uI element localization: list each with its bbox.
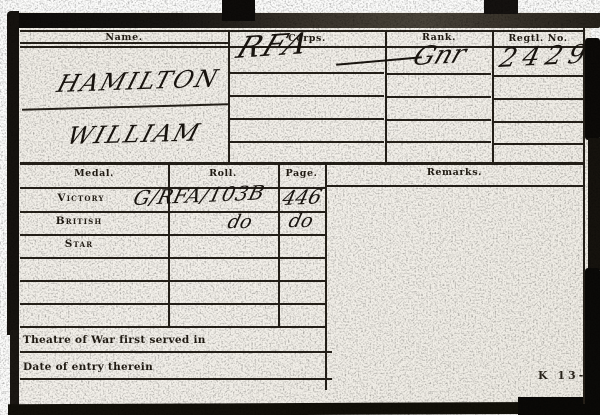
handwritten-corps: RFA [232,29,314,64]
handwritten-surname: HAMILTON [55,66,223,96]
rule-corps-row [229,118,384,120]
handwritten-roll-victory: G/RFA/103B [132,182,267,208]
medal-row-star-label: Star [14,239,144,251]
scan-edge-left [7,11,19,335]
scan-edge-right-lower [585,268,600,400]
rule-regtl-row [493,121,583,123]
scan-edge-top [12,13,600,28]
page-column-header: Page. [278,169,325,179]
rule-corps-row [229,95,384,97]
handwritten-rank: Gnr [409,41,469,70]
rule-remarks-header [326,185,583,187]
divider-page-remarks [325,163,327,390]
scan-notch-top [222,0,255,21]
roll-column-header: Roll. [168,169,278,179]
scan-edge-bottom [8,402,600,415]
medal-row-victory-label: Victory [16,193,146,205]
divider-corps-rank [385,30,387,164]
rule-corps-row [229,72,384,74]
medal-index-card-scan: Name. Corps. Rank. Regtl. No. Medal. Rol… [0,0,600,415]
divider-roll-page [278,163,280,326]
card-right-border [583,28,585,404]
rule-regtl-row [493,143,583,145]
rule-rank-row [386,119,491,121]
scan-edge-right-middle [588,138,600,270]
medal-column-header: Medal. [20,169,168,179]
rule-date [20,378,332,380]
rule-theatre [20,351,332,353]
handwritten-page-victory: 446 [281,186,324,208]
rule-rank-row [386,73,491,75]
handwritten-roll-ditto: do [226,213,254,232]
handwritten-page-ditto: do [287,212,315,231]
divider-rank-regtl [492,30,494,164]
scan-block-top-right [484,0,518,14]
date-of-entry-label: Date of entry therein [23,361,153,373]
name-column-header: Name. [20,33,228,43]
handwritten-forename: WILLIAM [64,121,204,148]
rule-rank-row [386,141,491,143]
rule-rank-row [386,96,491,98]
rule-corps-row [229,141,384,143]
rule-section-divider [20,162,583,165]
rule-medal-row [20,326,325,328]
remarks-column-header: Remarks. [326,168,583,178]
rule-regtl-row [493,75,583,77]
scan-edge-left-lower [10,330,19,406]
handwritten-regtl-no: 2429 [497,41,594,72]
theatre-of-war-label: Theatre of War first served in [23,334,206,346]
medal-row-british-label: British [14,216,144,228]
form-code: K 13- [538,369,586,382]
divider-name-corps [228,30,230,164]
rule-regtl-row [493,98,583,100]
